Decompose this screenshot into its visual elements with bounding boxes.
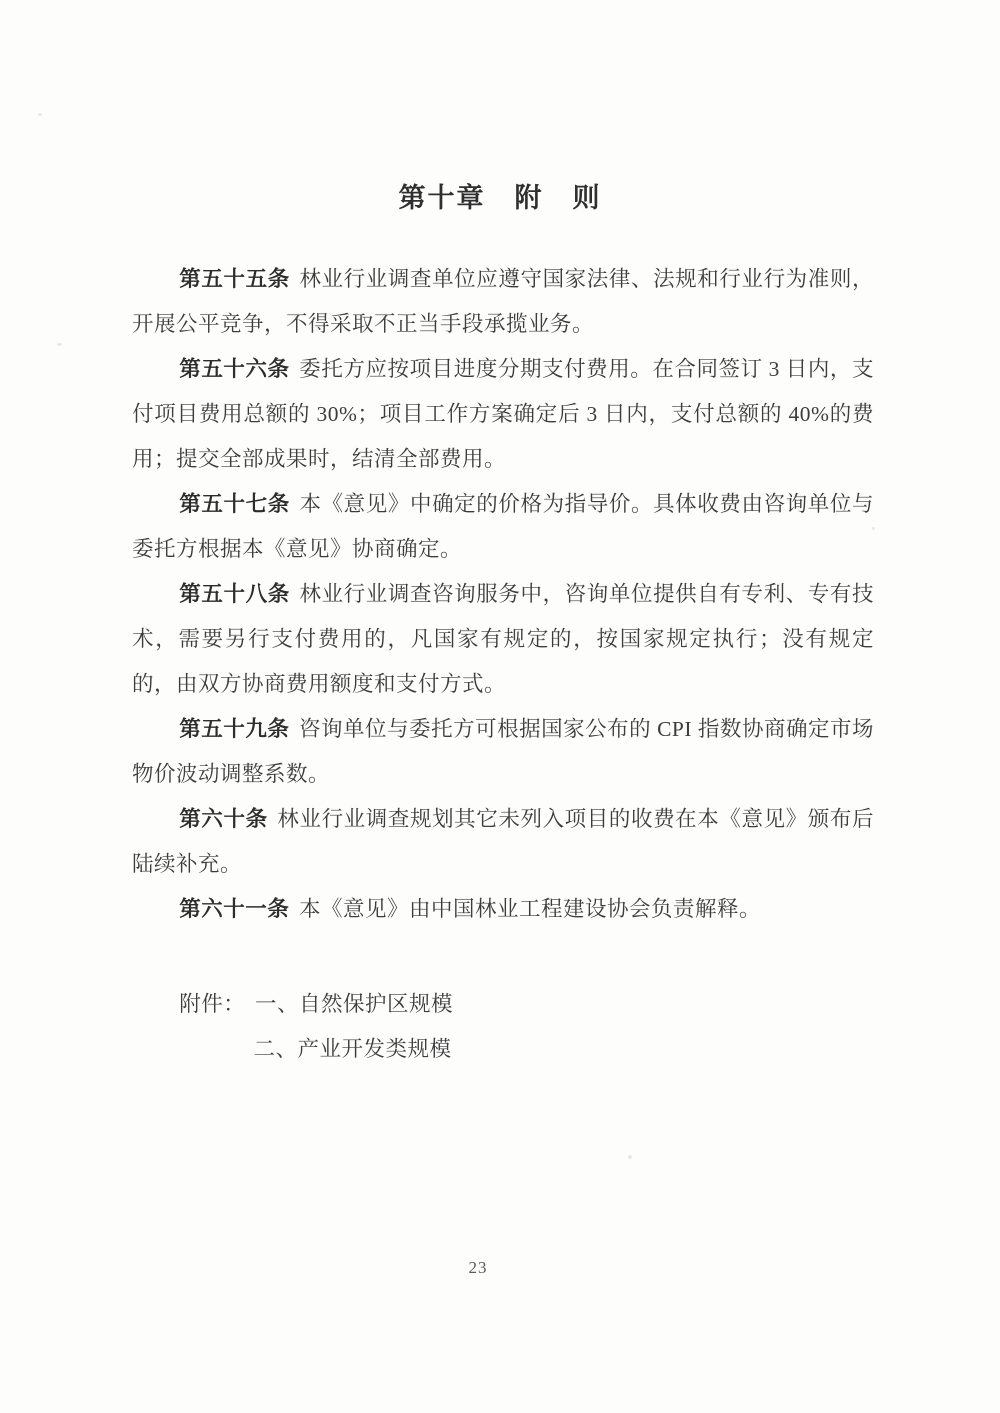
attachment-item-1: 附件：一、自然保护区规模 — [132, 982, 874, 1027]
scan-speck — [628, 1155, 632, 1159]
article-paragraph-55: 第五十五条林业行业调查单位应遵守国家法律、法规和行业行为准则，开展公平竞争，不得… — [132, 257, 874, 347]
article-paragraph-60: 第六十条林业行业调查规划其它未列入项目的收费在本《意见》颁布后陆续补充。 — [132, 797, 874, 887]
article-number: 第六十条 — [179, 807, 267, 831]
article-number: 第六十一条 — [179, 897, 289, 921]
attachment-item-text: 一、自然保护区规模 — [255, 992, 453, 1016]
article-number: 第五十七条 — [179, 492, 290, 516]
article-number: 第五十八条 — [179, 582, 290, 606]
document-page: 第十章 附 则 第五十五条林业行业调查单位应遵守国家法律、法规和行业行为准则，开… — [0, 0, 1000, 1413]
article-paragraph-58: 第五十八条林业行业调查咨询服务中，咨询单位提供自有专利、专有技术，需要另行支付费… — [132, 572, 874, 707]
page-number: 23 — [0, 1258, 956, 1278]
attachments-label: 附件： — [179, 992, 245, 1016]
scan-speck — [38, 113, 42, 116]
article-number: 第五十五条 — [179, 267, 290, 291]
scan-speck — [872, 527, 875, 530]
attachment-item-text: 二、产业开发类规模 — [253, 1037, 451, 1061]
article-number: 第五十六条 — [179, 357, 289, 381]
attachment-item-2: 二、产业开发类规模 — [132, 1027, 874, 1072]
article-paragraph-56: 第五十六条委托方应按项目进度分期支付费用。在合同签订 3 日内，支付项目费用总额… — [132, 347, 874, 482]
article-text: 本《意见》由中国林业工程建设协会负责解释。 — [299, 897, 761, 921]
article-paragraph-61: 第六十一条本《意见》由中国林业工程建设协会负责解释。 — [132, 887, 874, 932]
article-paragraph-57: 第五十七条本《意见》中确定的价格为指导价。具体收费由咨询单位与委托方根据本《意见… — [132, 482, 874, 572]
attachments-block: 附件：一、自然保护区规模 二、产业开发类规模 — [132, 982, 874, 1072]
article-paragraph-59: 第五十九条咨询单位与委托方可根据国家公布的 CPI 指数协商确定市场物价波动调整… — [132, 707, 874, 797]
article-number: 第五十九条 — [179, 717, 289, 741]
document-body: 第五十五条林业行业调查单位应遵守国家法律、法规和行业行为准则，开展公平竞争，不得… — [132, 257, 874, 1072]
chapter-title: 第十章 附 则 — [0, 176, 1000, 215]
scan-speck — [57, 343, 62, 346]
